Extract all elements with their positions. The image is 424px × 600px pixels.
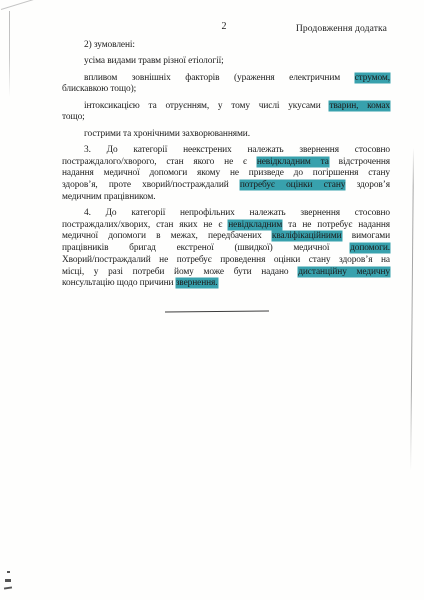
text-segment: відстрочення [329, 157, 390, 167]
text-segment: 3. До категорії неекстрених належать зве… [84, 145, 390, 155]
scan-artifact-left-edge [9, 11, 10, 97]
paragraph: 3. До категорії неекстрених належать зве… [62, 145, 390, 204]
text-line: тощо; [62, 112, 390, 124]
paragraph: впливом зовнішніх факторів (ураження еле… [62, 73, 390, 96]
text-segment: Хворий/постраждалий не потребує проведен… [62, 255, 390, 265]
text-line: усіма видами травм різної етіології; [62, 56, 390, 68]
paragraph: усіма видами травм різної етіології; [62, 56, 390, 68]
text-line: інтоксикацією та отруєнням, у тому числі… [62, 101, 390, 113]
text-line: 2) зумовлені: [62, 40, 390, 52]
text-line: 3. До категорії неекстрених належать зве… [62, 145, 390, 157]
text-segment: 2) зумовлені: [84, 40, 135, 50]
text-segment: інтоксикацією та отруєнням, у тому числі… [84, 101, 329, 111]
text-segment: блискавкою тощо); [62, 84, 136, 94]
text-segment: впливом зовнішніх факторів (ураження еле… [84, 73, 355, 83]
text-line: гострими та хронічними захворюваннями. [62, 129, 390, 141]
text-segment: 4. До категорії непрофільних належать зв… [84, 208, 390, 218]
text-line: блискавкою тощо); [62, 84, 390, 96]
paragraph: інтоксикацією та отруєнням, у тому числі… [62, 101, 390, 124]
text-line: постраждалих/хворих, стан яких не є неві… [62, 220, 390, 232]
scan-artifact-speck [5, 579, 11, 582]
highlight-mark: невідкладним та [257, 157, 329, 167]
text-line: медичної допомоги в межах, передбачених … [62, 231, 390, 243]
divider-line [165, 311, 269, 313]
scan-artifact-speck [4, 586, 12, 589]
text-line: здоров’я, проте хворий/постраждалий потр… [62, 180, 390, 192]
text-line: консультацію щодо причини звернення. [62, 278, 390, 290]
paragraph: 2) зумовлені: [62, 40, 390, 52]
scan-artifact-right-edge [410, 148, 414, 471]
text-segment: місці, у разі потреби йому може бути над… [62, 267, 298, 277]
paragraph: гострими та хронічними захворюваннями. [62, 129, 390, 141]
header-continuation-label: Продовження додатка [296, 23, 387, 34]
text-segment: медичним працівником. [62, 192, 156, 202]
highlight-mark: потребує оцінки стану [240, 180, 345, 190]
text-line: постраждалого/хворого, стан якого не є н… [62, 157, 390, 169]
highlight-mark: струмом, [355, 73, 390, 83]
text-segment: вимогами [342, 231, 390, 241]
highlight-mark: дистанційну медичну [298, 267, 390, 277]
text-segment: тощо; [62, 112, 85, 122]
highlight-mark: звернення. [176, 278, 218, 288]
text-segment: гострими та хронічними захворюваннями. [84, 129, 250, 139]
text-segment: постраждалого/хворого, стан якого не є [62, 157, 257, 167]
text-segment: здоров’я [345, 180, 390, 190]
text-segment: консультацію щодо причини [62, 278, 176, 288]
highlight-mark: тварин, комах [329, 101, 390, 111]
text-line: впливом зовнішніх факторів (ураження еле… [62, 73, 390, 85]
paragraph: 4. До категорії непрофільних належать зв… [62, 208, 390, 290]
text-segment: та не потребує надання [282, 220, 390, 230]
document-page: 2 Продовження додатка 2) зумовлені:усіма… [0, 0, 424, 600]
scan-artifact-corner-diagonal [1, 0, 34, 10]
text-segment: здоров’я, проте хворий/постраждалий [62, 180, 240, 190]
text-line: надання медичної допомоги якому не призв… [62, 168, 390, 180]
text-line: медичним працівником. [62, 192, 390, 204]
text-line: працівників бригад екстреної (швидкої) м… [62, 243, 390, 255]
document-body: 2) зумовлені:усіма видами травм різної е… [62, 40, 390, 295]
text-line: місці, у разі потреби йому може бути над… [62, 267, 390, 279]
highlight-mark: кваліфікаційними [272, 231, 342, 241]
text-segment: медичної допомоги в межах, передбачених [62, 231, 272, 241]
scan-artifact-speck [7, 571, 10, 573]
text-segment: надання медичної допомоги якому не призв… [62, 168, 390, 178]
highlight-mark: невідкладним [228, 220, 282, 230]
text-segment: працівників бригад екстреної (швидкої) м… [62, 243, 350, 253]
text-segment: усіма видами травм різної етіології; [84, 56, 224, 66]
text-line: Хворий/постраждалий не потребує проведен… [62, 255, 390, 267]
text-line: 4. До категорії непрофільних належать зв… [62, 208, 390, 220]
highlight-mark: допомоги. [350, 243, 390, 253]
text-segment: постраждалих/хворих, стан яких не є [62, 220, 228, 230]
